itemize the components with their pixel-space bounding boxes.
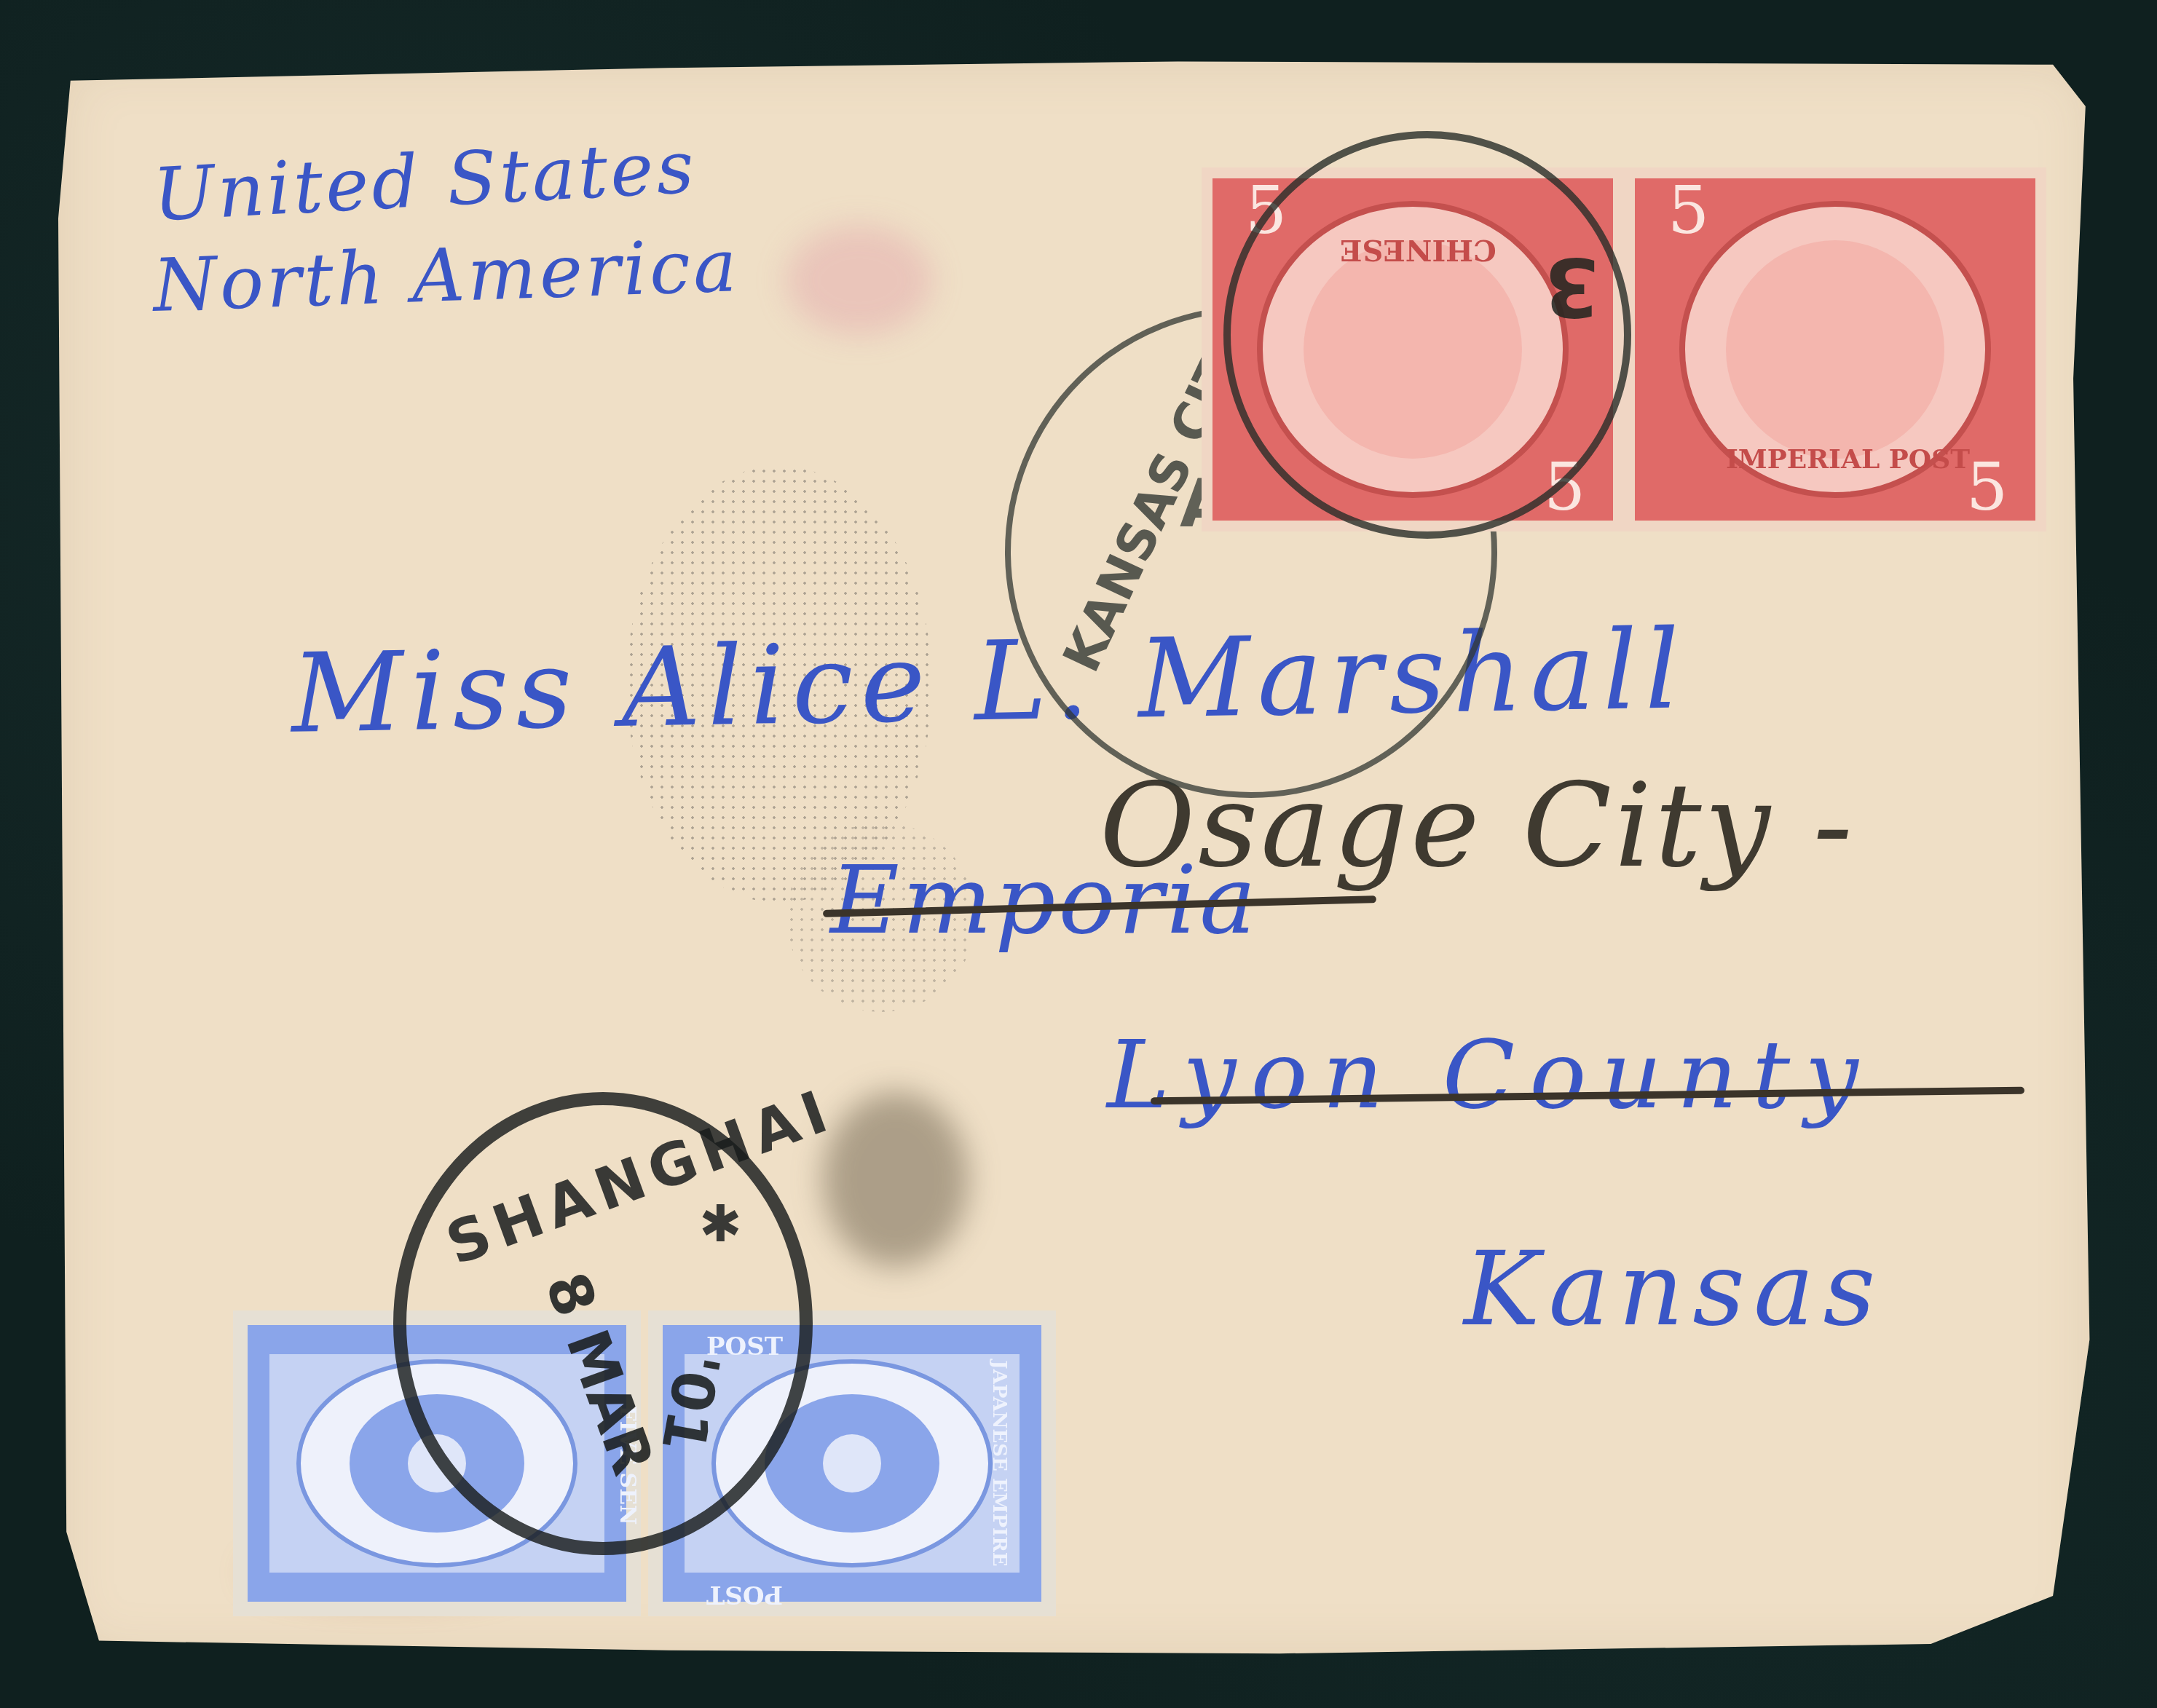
chinese-dater-numeral: 3: [1544, 240, 1600, 333]
crossed-county: Lyon County: [1107, 1019, 1873, 1130]
chinese-stamp-bottom-label: IMPERIAL POST: [1726, 444, 1970, 475]
svg-text:5: 5: [1668, 173, 1709, 249]
chinese-dater-postmark: [1223, 131, 1631, 539]
state: Kansas: [1464, 1230, 1884, 1349]
envelope: United States North America Miss Alice L…: [58, 58, 2094, 1660]
japanese-stamp-bottom-label: POST: [706, 1580, 783, 1609]
stain: [786, 226, 932, 335]
japanese-stamp-right-label: JAPANESE EMPIRE: [988, 1360, 1010, 1566]
routing-note-line1: United States: [151, 124, 698, 238]
stain: [823, 1092, 969, 1267]
chinese-stamp-2: 5 5: [1624, 167, 2046, 531]
shanghai-postmark-symbol: ✱: [699, 1194, 742, 1254]
svg-text:5: 5: [1966, 449, 2008, 526]
routing-note-line2: North America: [151, 223, 741, 328]
